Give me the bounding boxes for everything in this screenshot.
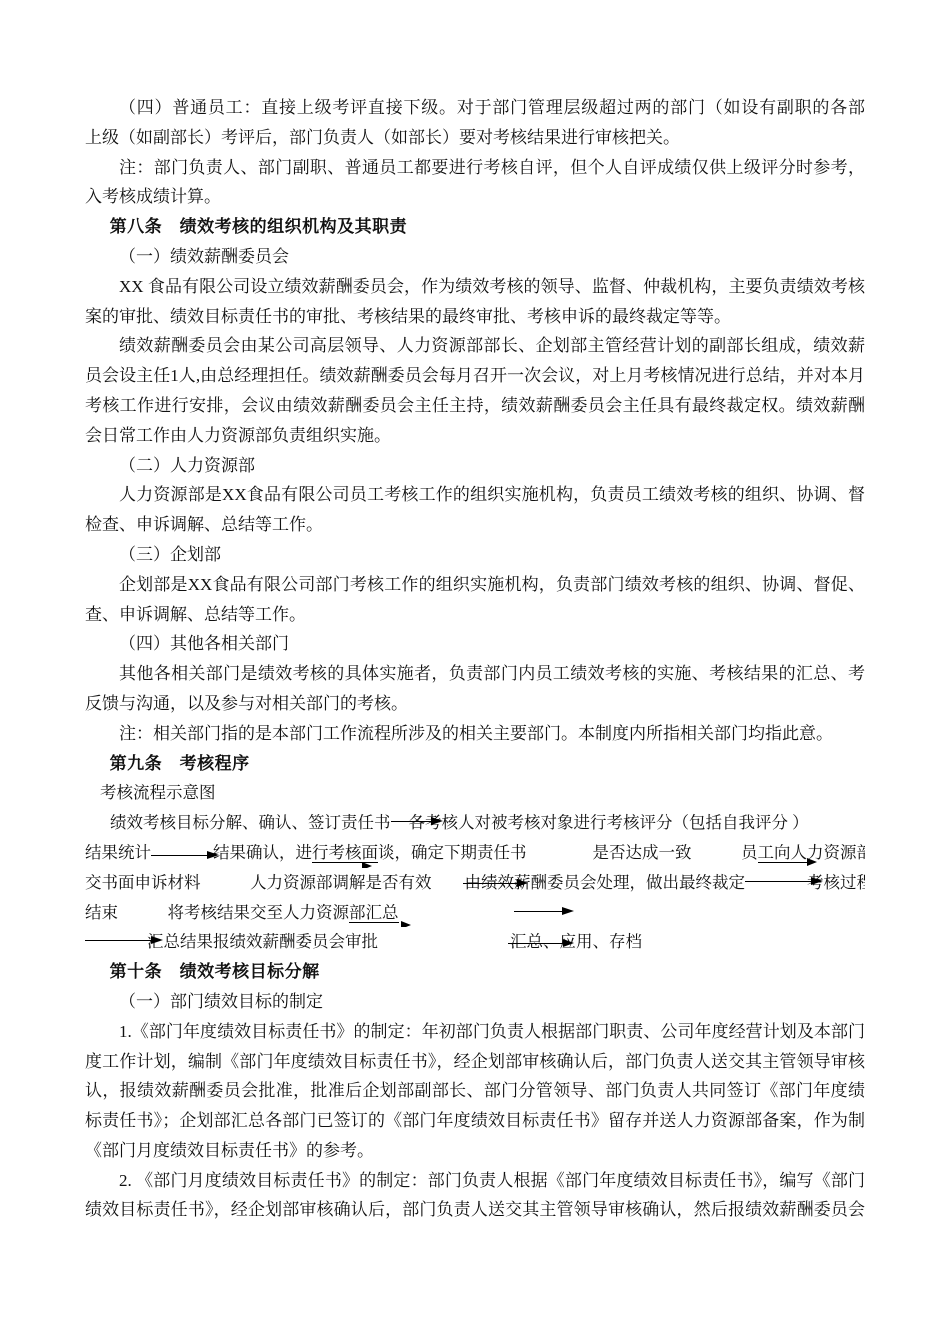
paragraph: XX 食品有限公司设立绩效薪酬委员会，作为绩效考核的领导、监督、仲裁机构，主要负…: [85, 272, 865, 332]
underline-arrow-text: 工向人: [758, 843, 808, 863]
text-line: （一）部门绩效目标的制定: [85, 987, 865, 1017]
right-arrow-icon: [85, 937, 163, 947]
underline-arrow-text: 行考核面: [312, 843, 378, 863]
text-line: 注：相关部门指的是本部门工作流程所涉及的相关主要部门。本制度内所指相关部门均指此…: [85, 719, 865, 749]
paragraph: 注：相关部门指的是本部门工作流程所涉及的相关主要部门。本制度内所指相关部门均指此…: [85, 719, 865, 749]
flow-text: 结束 将考核结果交至人力资源: [85, 903, 349, 922]
strike-arrow-text: 汇总、: [510, 932, 560, 951]
paragraph: （三）企划部: [85, 540, 865, 570]
text-line: 考核工作进行安排，会议由绩效薪酬委员会主任主持，绩效薪酬委员会主任具有最终裁定权…: [85, 391, 865, 421]
flow-text: [399, 903, 515, 922]
flow-line: 汇总结果报绩效薪酬委员会审批 汇总、应用、存档: [85, 927, 865, 957]
text-line: 第十条 绩效考核目标分解: [85, 957, 865, 987]
text-line: 企划部是XX食品有限公司部门考核工作的组织实施机构，负责部门绩效考核的组织、协调…: [85, 570, 865, 600]
paragraph: 企划部是XX食品有限公司部门考核工作的组织实施机构，负责部门绩效考核的组织、协调…: [85, 570, 865, 630]
text-line: 度工作计划，编制《部门年度绩效目标责任书》，经企划部审核确认后，部门负责人送交其…: [85, 1047, 865, 1077]
paragraph: 2. 《部门月度绩效目标责任书》的制定：部门负责人根据《部门年度绩效目标责任书》…: [85, 1166, 865, 1226]
flow-line: 交书面申诉材料 人力资源部调解是否有效 由绩效薪酬委员会处理，做出最终裁定考核过…: [85, 868, 865, 898]
flow-text: 结果确认，进: [213, 843, 312, 862]
paragraph: 1.《部门年度绩效目标责任书》的制定：年初部门负责人根据部门职责、公司年度经营计…: [85, 1017, 865, 1166]
flow-line: 结果统计结果确认，进行考核面谈，确定下期责任书 是否达成一致 员工向人力资源部递: [85, 838, 865, 868]
underline-arrow-text: 部汇总: [349, 903, 399, 923]
text-line: 案的审批、绩效目标责任书的审批、考核结果的最终审批、考核申诉的最终裁定等等。: [85, 302, 865, 332]
text-line: 人力资源部是XX食品有限公司员工考核工作的组织实施机构，负责员工绩效考核的组织、…: [85, 480, 865, 510]
text-line: （二）人力资源部: [85, 451, 865, 481]
text-line: 考核流程示意图: [100, 778, 865, 808]
text-line: 反馈与沟通，以及参与对相关部门的考核。: [85, 689, 865, 719]
right-arrow-icon: [745, 878, 823, 888]
text-line: 会日常工作由人力资源部负责组织实施。: [85, 421, 865, 451]
text-line: 绩效薪酬委员会由某公司高层领导、人力资源部部长、企划部主管经营计划的副部长组成，…: [85, 331, 865, 361]
section-heading: 第十条 绩效考核目标分解: [85, 957, 865, 987]
text-line: 入考核成绩计算。: [85, 182, 865, 212]
paragraph: （一）部门绩效目标的制定: [85, 987, 865, 1017]
flow-text: 绩效考核目标分解、确认、签订责任书: [110, 813, 391, 832]
text-line: 1.《部门年度绩效目标责任书》的制定：年初部门负责人根据部门职责、公司年度经营计…: [85, 1017, 865, 1047]
text-line: 绩效目标责任书》，经企划部审核确认后，部门负责人送交其主管领导审核确认，然后报绩…: [85, 1195, 865, 1225]
paragraph: （一）绩效薪酬委员会: [85, 242, 865, 272]
text-line: XX 食品有限公司设立绩效薪酬委员会，作为绩效考核的领导、监督、仲裁机构，主要负…: [85, 272, 865, 302]
flow-line: 结束 将考核结果交至人力资源部汇总: [85, 898, 865, 928]
text-line: 第九条 考核程序: [85, 749, 865, 779]
paragraph: 其他各相关部门是绩效考核的具体实施者，负责部门内员工绩效考核的实施、考核结果的汇…: [85, 659, 865, 719]
paragraph: 绩效薪酬委员会由某公司高层领导、人力资源部部长、企划部主管经营计划的副部长组成，…: [85, 331, 865, 450]
text-line: 认，报绩效薪酬委员会批准，批准后企划部副部长、部门分管领导、部门负责人共同签订《…: [85, 1076, 865, 1106]
paragraph: （四）普通员工：直接上级考评直接下级。对于部门管理层级超过两的部门（如设有副职的…: [85, 93, 865, 153]
section-heading: 第八条 绩效考核的组织机构及其职责: [85, 212, 865, 242]
paragraph: （二）人力资源部: [85, 451, 865, 481]
paragraph: 人力资源部是XX食品有限公司员工考核工作的组织实施机构，负责员工绩效考核的组织、…: [85, 480, 865, 540]
text-line: 上级（如副部长）考评后，部门负责人（如部长）要对考核结果进行审核把关。: [85, 123, 865, 153]
document-page: （四）普通员工：直接上级考评直接下级。对于部门管理层级超过两的部门（如设有副职的…: [0, 0, 950, 1344]
flow-text: 谈，确定下期责任书 是否达成一致 员: [378, 843, 758, 862]
text-line: 检查、申诉调解、总结等工作。: [85, 510, 865, 540]
flow-text: 汇总结果报绩效薪酬委员会审批: [147, 932, 510, 951]
flow-diagram: 绩效考核目标分解、确认、签订责任书各考核人对被考核对象进行考核评分（包括自我评分…: [85, 808, 865, 957]
text-line: （四）其他各相关部门: [85, 629, 865, 659]
flow-text: 结果统计: [85, 843, 151, 862]
text-line: 查、申诉调解、总结等工作。: [85, 600, 865, 630]
flow-caption: 考核流程示意图: [85, 778, 865, 808]
section-heading: 第九条 考核程序: [85, 749, 865, 779]
flow-text: 薪酬委员会处理，做出最终裁定: [514, 873, 745, 892]
right-arrow-icon: [514, 908, 574, 918]
flow-text: 各考核人对被考核对象进行考核评分（包括自我评分 ）: [409, 813, 809, 832]
paragraph: 注：部门负责人、部门副职、普通员工都要进行考核自评，但个人自评成绩仅供上级评分时…: [85, 153, 865, 213]
flow-text: 交书面申诉材料 人力资源部调解是否有效: [85, 873, 465, 892]
text-line: 第八条 绩效考核的组织机构及其职责: [85, 212, 865, 242]
text-line: 2. 《部门月度绩效目标责任书》的制定：部门负责人根据《部门年度绩效目标责任书》…: [85, 1166, 865, 1196]
text-line: 员会设主任1人,由总经理担任。绩效薪酬委员会每月召开一次会议，对上月考核情况进行…: [85, 361, 865, 391]
text-line: 标责任书》；企划部汇总各部门已签订的《部门年度绩效目标责任书》留存并送人力资源部…: [85, 1106, 865, 1136]
flow-line: 绩效考核目标分解、确认、签订责任书各考核人对被考核对象进行考核评分（包括自我评分…: [110, 808, 865, 838]
text-line: （一）绩效薪酬委员会: [85, 242, 865, 272]
text-line: （三）企划部: [85, 540, 865, 570]
text-line: 注：部门负责人、部门副职、普通员工都要进行考核自评，但个人自评成绩仅供上级评分时…: [85, 153, 865, 183]
text-line: （四）普通员工：直接上级考评直接下级。对于部门管理层级超过两的部门（如设有副职的…: [85, 93, 865, 123]
paragraph: （四）其他各相关部门: [85, 629, 865, 659]
right-arrow-icon: [391, 818, 443, 828]
text-line: 《部门月度绩效目标责任书》的参考。: [85, 1136, 865, 1166]
text-line: 其他各相关部门是绩效考核的具体实施者，负责部门内员工绩效考核的实施、考核结果的汇…: [85, 659, 865, 689]
strike-arrow-text: 由绩效: [465, 873, 515, 892]
right-arrow-icon: [151, 852, 219, 862]
